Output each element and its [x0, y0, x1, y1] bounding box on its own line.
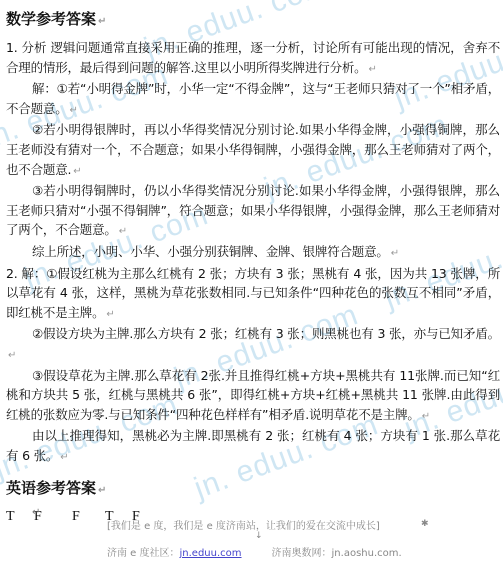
aoshu-url: jn.aoshu.com. [332, 548, 402, 559]
math-paragraph: 2. 解：①假设红桃为主那么红桃有 2 张；方块有 3 张；黑桃有 4 张，因为… [6, 264, 500, 325]
footer-links: 济南 e 度社区：jn.eduu.com济南奥数网：jn.aoshu.com. [107, 544, 402, 559]
community-link[interactable]: jn.eduu.com [180, 548, 242, 559]
math-answers-heading: 数学参考答案↵ [6, 8, 500, 30]
community-label: 济南 e 度社区： [107, 548, 180, 559]
math-paragraph: ③若小明得铜牌时，仍以小华得奖情况分别讨论.如果小华得金牌，小强得银牌，那么王老… [6, 181, 500, 242]
aoshu-label: 济南奥数网： [272, 548, 332, 559]
arrow-down-icon: ↓ [255, 531, 263, 541]
document-body: 数学参考答案↵ 1. 分析 逻辑问题通常直接采用正确的推理，逐一分析，讨论所有可… [6, 6, 500, 527]
footer-slogan: [我们是 e 度，我们是 e 度济南站，让我们的爱在交流中成长] [107, 517, 380, 532]
paragraph-mark: ↵ [32, 507, 40, 518]
math-paragraph: ③假设草花为主牌.那么草花有 2张.并且推得红桃+方块+黑桃共有 11张牌.而已… [6, 366, 500, 427]
math-paragraph: 综上所述，小明、小华、小强分别获铜牌、金牌、银牌符合题意。↵ [6, 242, 500, 264]
math-paragraph: ②假设方块为主牌.那么方块有 2 张；红桃有 3 张；则黑桃也有 3 张，亦与已… [6, 324, 500, 365]
math-paragraph: ②若小明得银牌时，再以小华得奖情况分别讨论.如果小华得金牌，小强得铜牌，那么王老… [6, 120, 500, 181]
math-paragraph: 1. 分析 逻辑问题通常直接采用正确的推理，逐一分析，讨论所有可能出现的情况，舍… [6, 38, 500, 79]
star-icon: ✱ [421, 519, 429, 529]
english-answers-heading: 英语参考答案↵ [6, 477, 500, 499]
document-page: jn. eduu. com jn. eduu. com jn. eduu. co… [0, 0, 503, 565]
math-paragraph: 由以上推理得知，黑桃必为主牌.即黑桃有 2 张；红桃有 4 张；方块有 1 张.… [6, 426, 500, 467]
answer-1: T [6, 507, 34, 527]
math-paragraph: 解：①若“小明得金牌”时，小华一定“不得金牌”，这与“王老师只猜对了一个”相矛盾… [6, 79, 500, 120]
answer-3: F [72, 507, 105, 527]
